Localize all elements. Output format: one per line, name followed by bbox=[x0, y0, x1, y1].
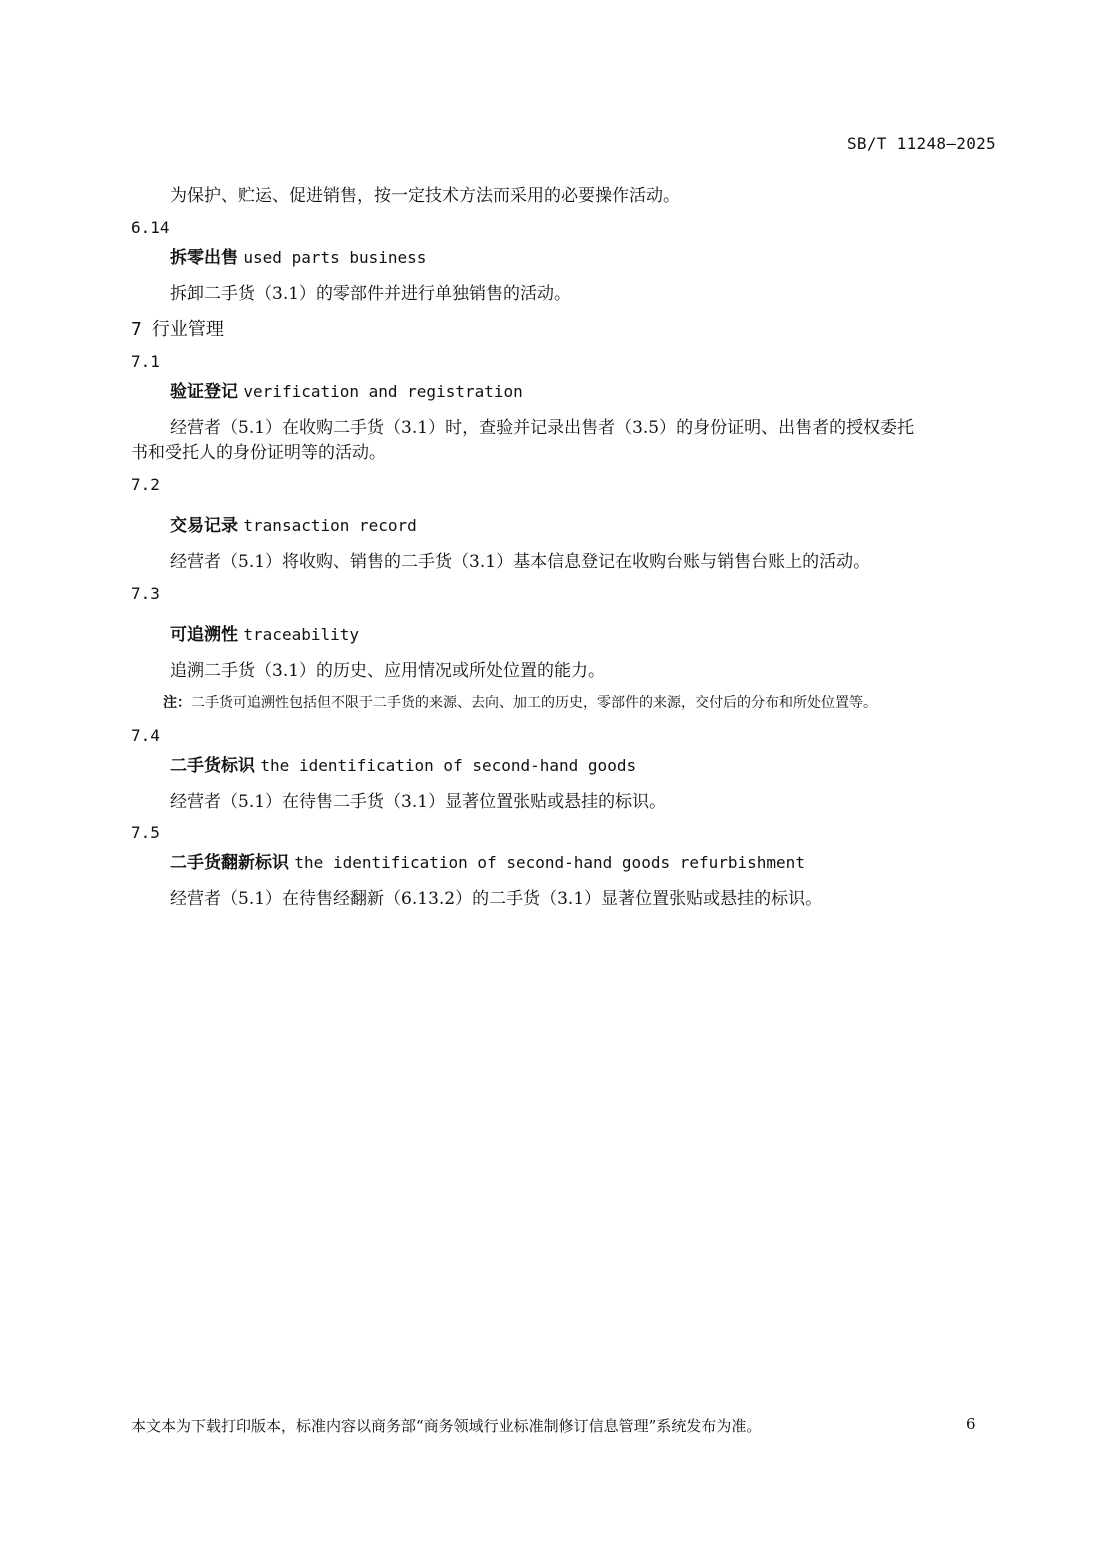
term-en: the identification of second-hand goods bbox=[260, 756, 636, 775]
clause-number-6-14: 6.14 bbox=[131, 218, 170, 237]
chapter-number: 7 bbox=[131, 319, 142, 340]
clause-number-7-4: 7.4 bbox=[131, 726, 160, 745]
term-en: verification and registration bbox=[243, 382, 522, 401]
intro-paragraph: 为保护、贮运、促进销售，按一定技术方法而采用的必要操作活动。 bbox=[170, 181, 680, 206]
term-7-4: 二手货标识 the identification of second-hand … bbox=[170, 751, 636, 776]
term-7-5: 二手货翻新标识 the identification of second-han… bbox=[170, 848, 805, 873]
definition-7-2: 经营者（5.1）将收购、销售的二手货（3.1）基本信息登记在收购台账与销售台账上… bbox=[170, 547, 870, 572]
term-zh: 验证登记 bbox=[170, 382, 238, 402]
definition-7-3: 追溯二手货（3.1）的历史、应用情况或所处位置的能力。 bbox=[170, 656, 605, 681]
page-number: 6 bbox=[966, 1415, 976, 1433]
chapter-heading-7: 7行业管理 bbox=[131, 315, 224, 341]
clause-number-7-2: 7.2 bbox=[131, 475, 160, 494]
definition-7-5: 经营者（5.1）在待售经翻新（6.13.2）的二手货（3.1）显著位置张贴或悬挂… bbox=[170, 884, 822, 909]
definition-7-1-line2: 书和受托人的身份证明等的活动。 bbox=[131, 438, 386, 463]
term-en: used parts business bbox=[243, 248, 426, 267]
term-zh: 交易记录 bbox=[170, 516, 238, 536]
note-label: 注： bbox=[163, 695, 191, 711]
term-en: transaction record bbox=[243, 516, 416, 535]
clause-number-7-1: 7.1 bbox=[131, 352, 160, 371]
note-7-3: 注：二手货可追溯性包括但不限于二手货的来源、去向、加工的历史，零部件的来源，交付… bbox=[163, 692, 877, 712]
clause-number-7-3: 7.3 bbox=[131, 584, 160, 603]
definition-7-1-line1: 经营者（5.1）在收购二手货（3.1）时，查验并记录出售者（3.5）的身份证明、… bbox=[170, 413, 914, 438]
chapter-title: 行业管理 bbox=[152, 319, 224, 340]
definition-7-4: 经营者（5.1）在待售二手货（3.1）显著位置张贴或悬挂的标识。 bbox=[170, 787, 666, 812]
term-7-2: 交易记录 transaction record bbox=[170, 511, 417, 536]
term-en: the identification of second-hand goods … bbox=[294, 853, 805, 872]
term-6-14: 拆零出售 used parts business bbox=[170, 243, 426, 268]
clause-number-7-5: 7.5 bbox=[131, 823, 160, 842]
note-text: 二手货可追溯性包括但不限于二手货的来源、去向、加工的历史，零部件的来源，交付后的… bbox=[191, 695, 877, 711]
standard-code: SB/T 11248—2025 bbox=[847, 134, 996, 153]
term-zh: 二手货翻新标识 bbox=[170, 853, 289, 873]
term-7-1: 验证登记 verification and registration bbox=[170, 377, 523, 402]
term-zh: 二手货标识 bbox=[170, 756, 255, 776]
term-zh: 可追溯性 bbox=[170, 625, 238, 645]
term-en: traceability bbox=[243, 625, 359, 644]
definition-6-14: 拆卸二手货（3.1）的零部件并进行单独销售的活动。 bbox=[170, 279, 571, 304]
term-7-3: 可追溯性 traceability bbox=[170, 620, 359, 645]
footer-notice: 本文本为下载打印版本，标准内容以商务部“商务领域行业标准制修订信息管理”系统发布… bbox=[131, 1415, 761, 1436]
term-zh: 拆零出售 bbox=[170, 248, 238, 268]
